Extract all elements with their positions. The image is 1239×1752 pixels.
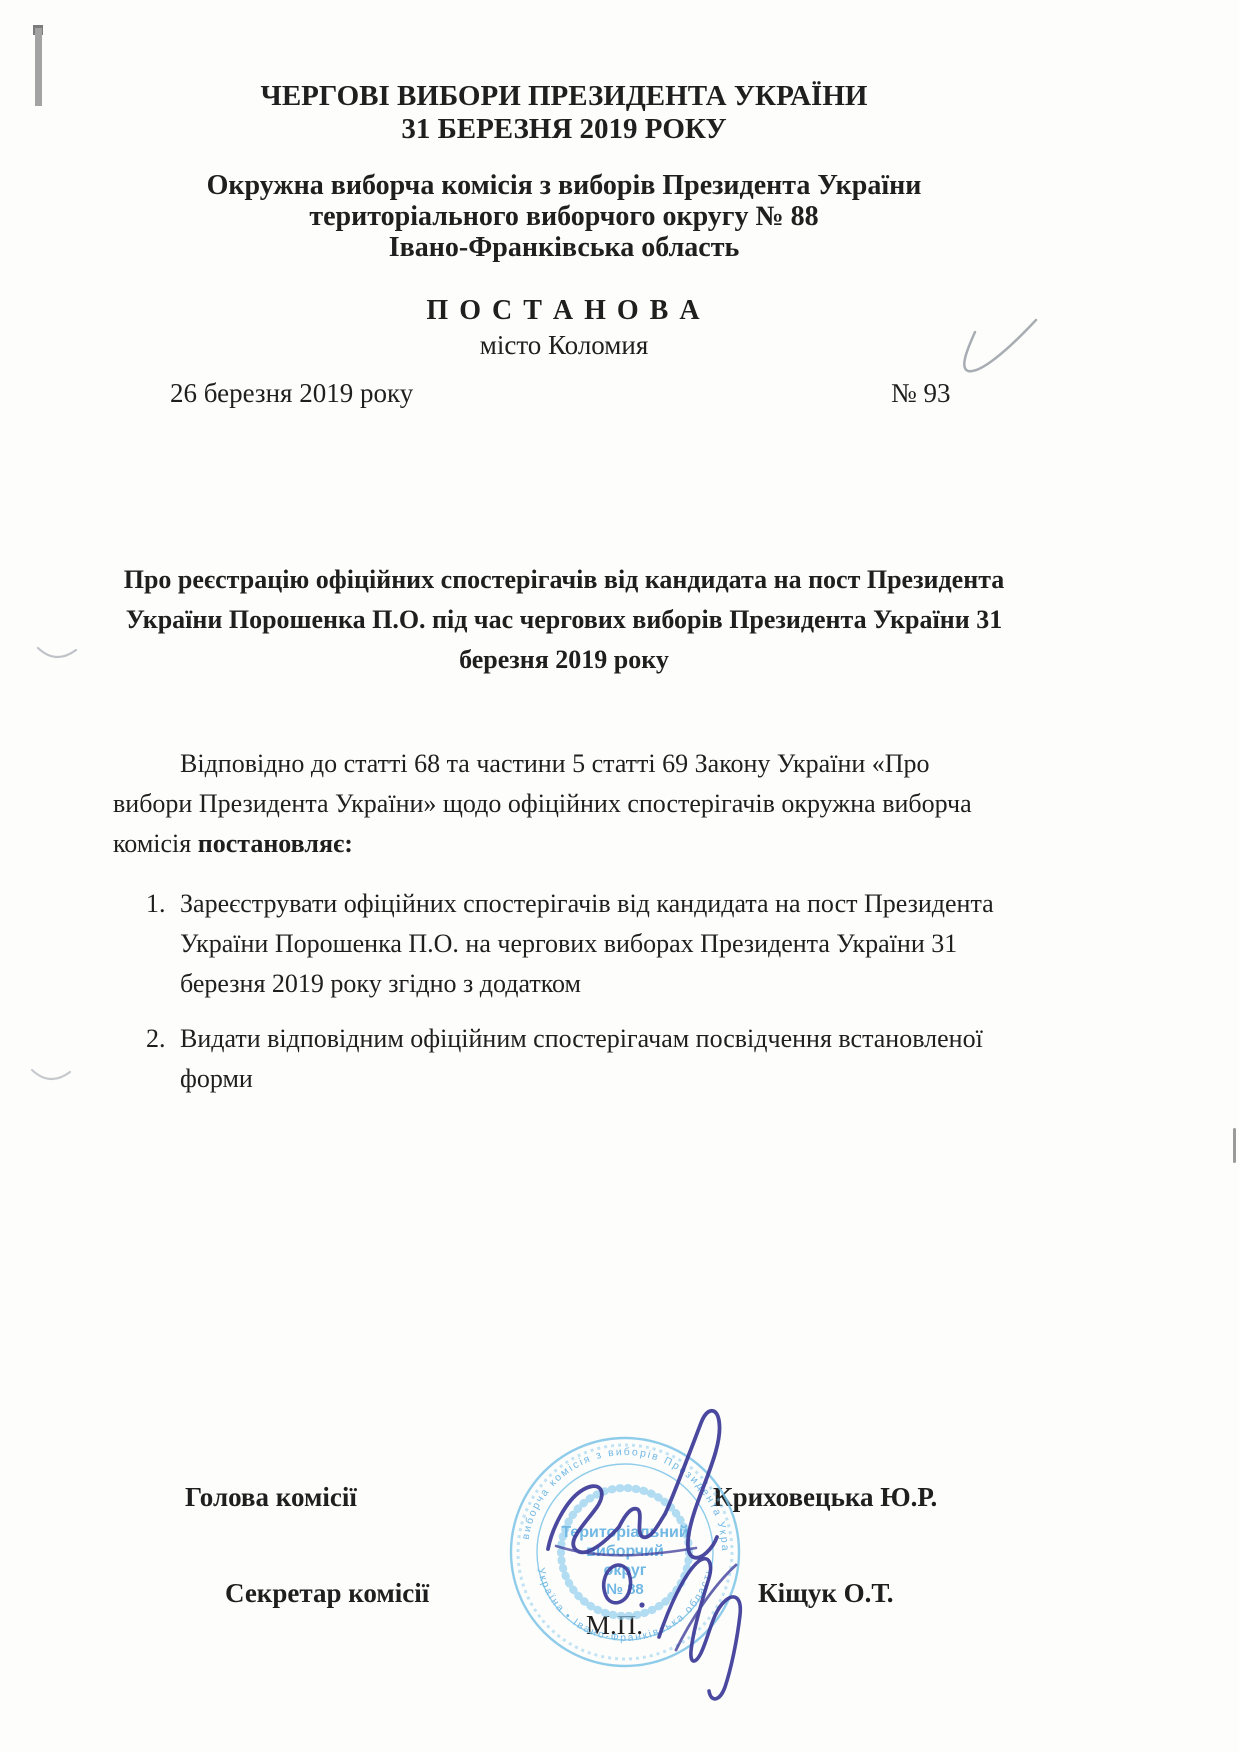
stamp-center-line-1: Територіальний <box>561 1524 688 1541</box>
item2-line-2: форми <box>180 1059 1043 1099</box>
doc-meta-row: 26 березня 2019 року № 93 <box>113 378 1015 418</box>
signature-row2-label: Секретар комісії <box>225 1578 429 1609</box>
item1-line-2: України Порошенка П.О. на чергових вибор… <box>180 924 1043 964</box>
subject-line-2: України Порошенка П.О. під час чергових … <box>113 600 1015 640</box>
document-header: ЧЕРГОВІ ВИБОРИ ПРЕЗИДЕНТА УКРАЇНИ 31 БЕР… <box>113 80 1015 146</box>
list-item-1-text: Зареєструвати офіційних спостерігачів ві… <box>180 884 1043 1004</box>
subject-line-3: березня 2019 року <box>113 640 1015 680</box>
intro-line-3: комісія постановляє: <box>113 824 1023 864</box>
doc-subject: Про реєстрацію офіційних спостерігачів в… <box>113 560 1015 680</box>
intro-line-3-bold: постановляє: <box>198 829 353 858</box>
signature-row2-name: Кіщук О.Т. <box>758 1578 894 1609</box>
seal-place-mark: М.П. <box>586 1610 643 1641</box>
commission-block: Окружна виборча комісія з виборів Презид… <box>113 170 1015 263</box>
doc-type-block: П О С Т А Н О В А місто Коломия <box>113 295 1015 361</box>
doc-city: місто Коломия <box>113 330 1015 361</box>
intro-line-2: вибори Президента України» щодо офіційни… <box>113 784 1023 824</box>
scan-curve-mark-top <box>38 648 76 657</box>
intro-line-1: Відповідно до статті 68 та частини 5 ста… <box>113 744 1023 784</box>
stamp-center-line-2: виборчий <box>586 1543 664 1560</box>
header-line-1: ЧЕРГОВІ ВИБОРИ ПРЕЗИДЕНТА УКРАЇНИ <box>113 80 1015 113</box>
doc-type-title: П О С Т А Н О В А <box>113 295 1015 327</box>
subject-line-1: Про реєстрацію офіційних спостерігачів в… <box>113 560 1015 600</box>
signature-row1-label: Голова комісії <box>185 1482 357 1513</box>
stamp-center-line-4: № 88 <box>606 1581 644 1598</box>
intro-line-3-normal: комісія <box>113 829 198 858</box>
signature-row1-name: Криховецька Ю.Р. <box>713 1482 937 1513</box>
stamp-wreath <box>561 1488 689 1616</box>
scanned-document-page: ЧЕРГОВІ ВИБОРИ ПРЕЗИДЕНТА УКРАЇНИ 31 БЕР… <box>0 0 1239 1752</box>
list-item-1-number: 1. <box>146 884 166 924</box>
list-item-2: 2. Видати відповідним офіційним спостері… <box>113 1019 1043 1099</box>
commission-line-2: територіального виборчого округу № 88 <box>113 201 1015 232</box>
item1-line-1: Зареєструвати офіційних спостерігачів ві… <box>180 884 1043 924</box>
intro-paragraph: Відповідно до статті 68 та частини 5 ста… <box>113 744 1023 864</box>
list-item-2-number: 2. <box>146 1019 166 1059</box>
item2-line-1: Видати відповідним офіційним спостерігач… <box>180 1019 1043 1059</box>
scan-artifact-bar <box>35 28 42 106</box>
item1-line-3: березня 2019 року згідно з додатком <box>180 964 1043 1004</box>
commission-line-1: Окружна виборча комісія з виборів Презид… <box>113 170 1015 201</box>
list-item-2-text: Видати відповідним офіційним спостерігач… <box>180 1019 1043 1099</box>
commission-line-3: Івано-Франківська область <box>113 232 1015 263</box>
doc-number: № 93 <box>891 378 951 409</box>
head-signature-ink <box>548 1411 720 1558</box>
header-line-2: 31 БЕРЕЗНЯ 2019 РОКУ <box>113 113 1015 146</box>
doc-date: 26 березня 2019 року <box>170 378 413 409</box>
list-item-1: 1. Зареєструвати офіційних спостерігачів… <box>113 884 1043 1004</box>
stamp-center-line-3: округ <box>604 1562 647 1579</box>
scan-artifact-edge-mark <box>1233 1128 1236 1163</box>
scan-curve-mark-bottom <box>32 1070 70 1079</box>
